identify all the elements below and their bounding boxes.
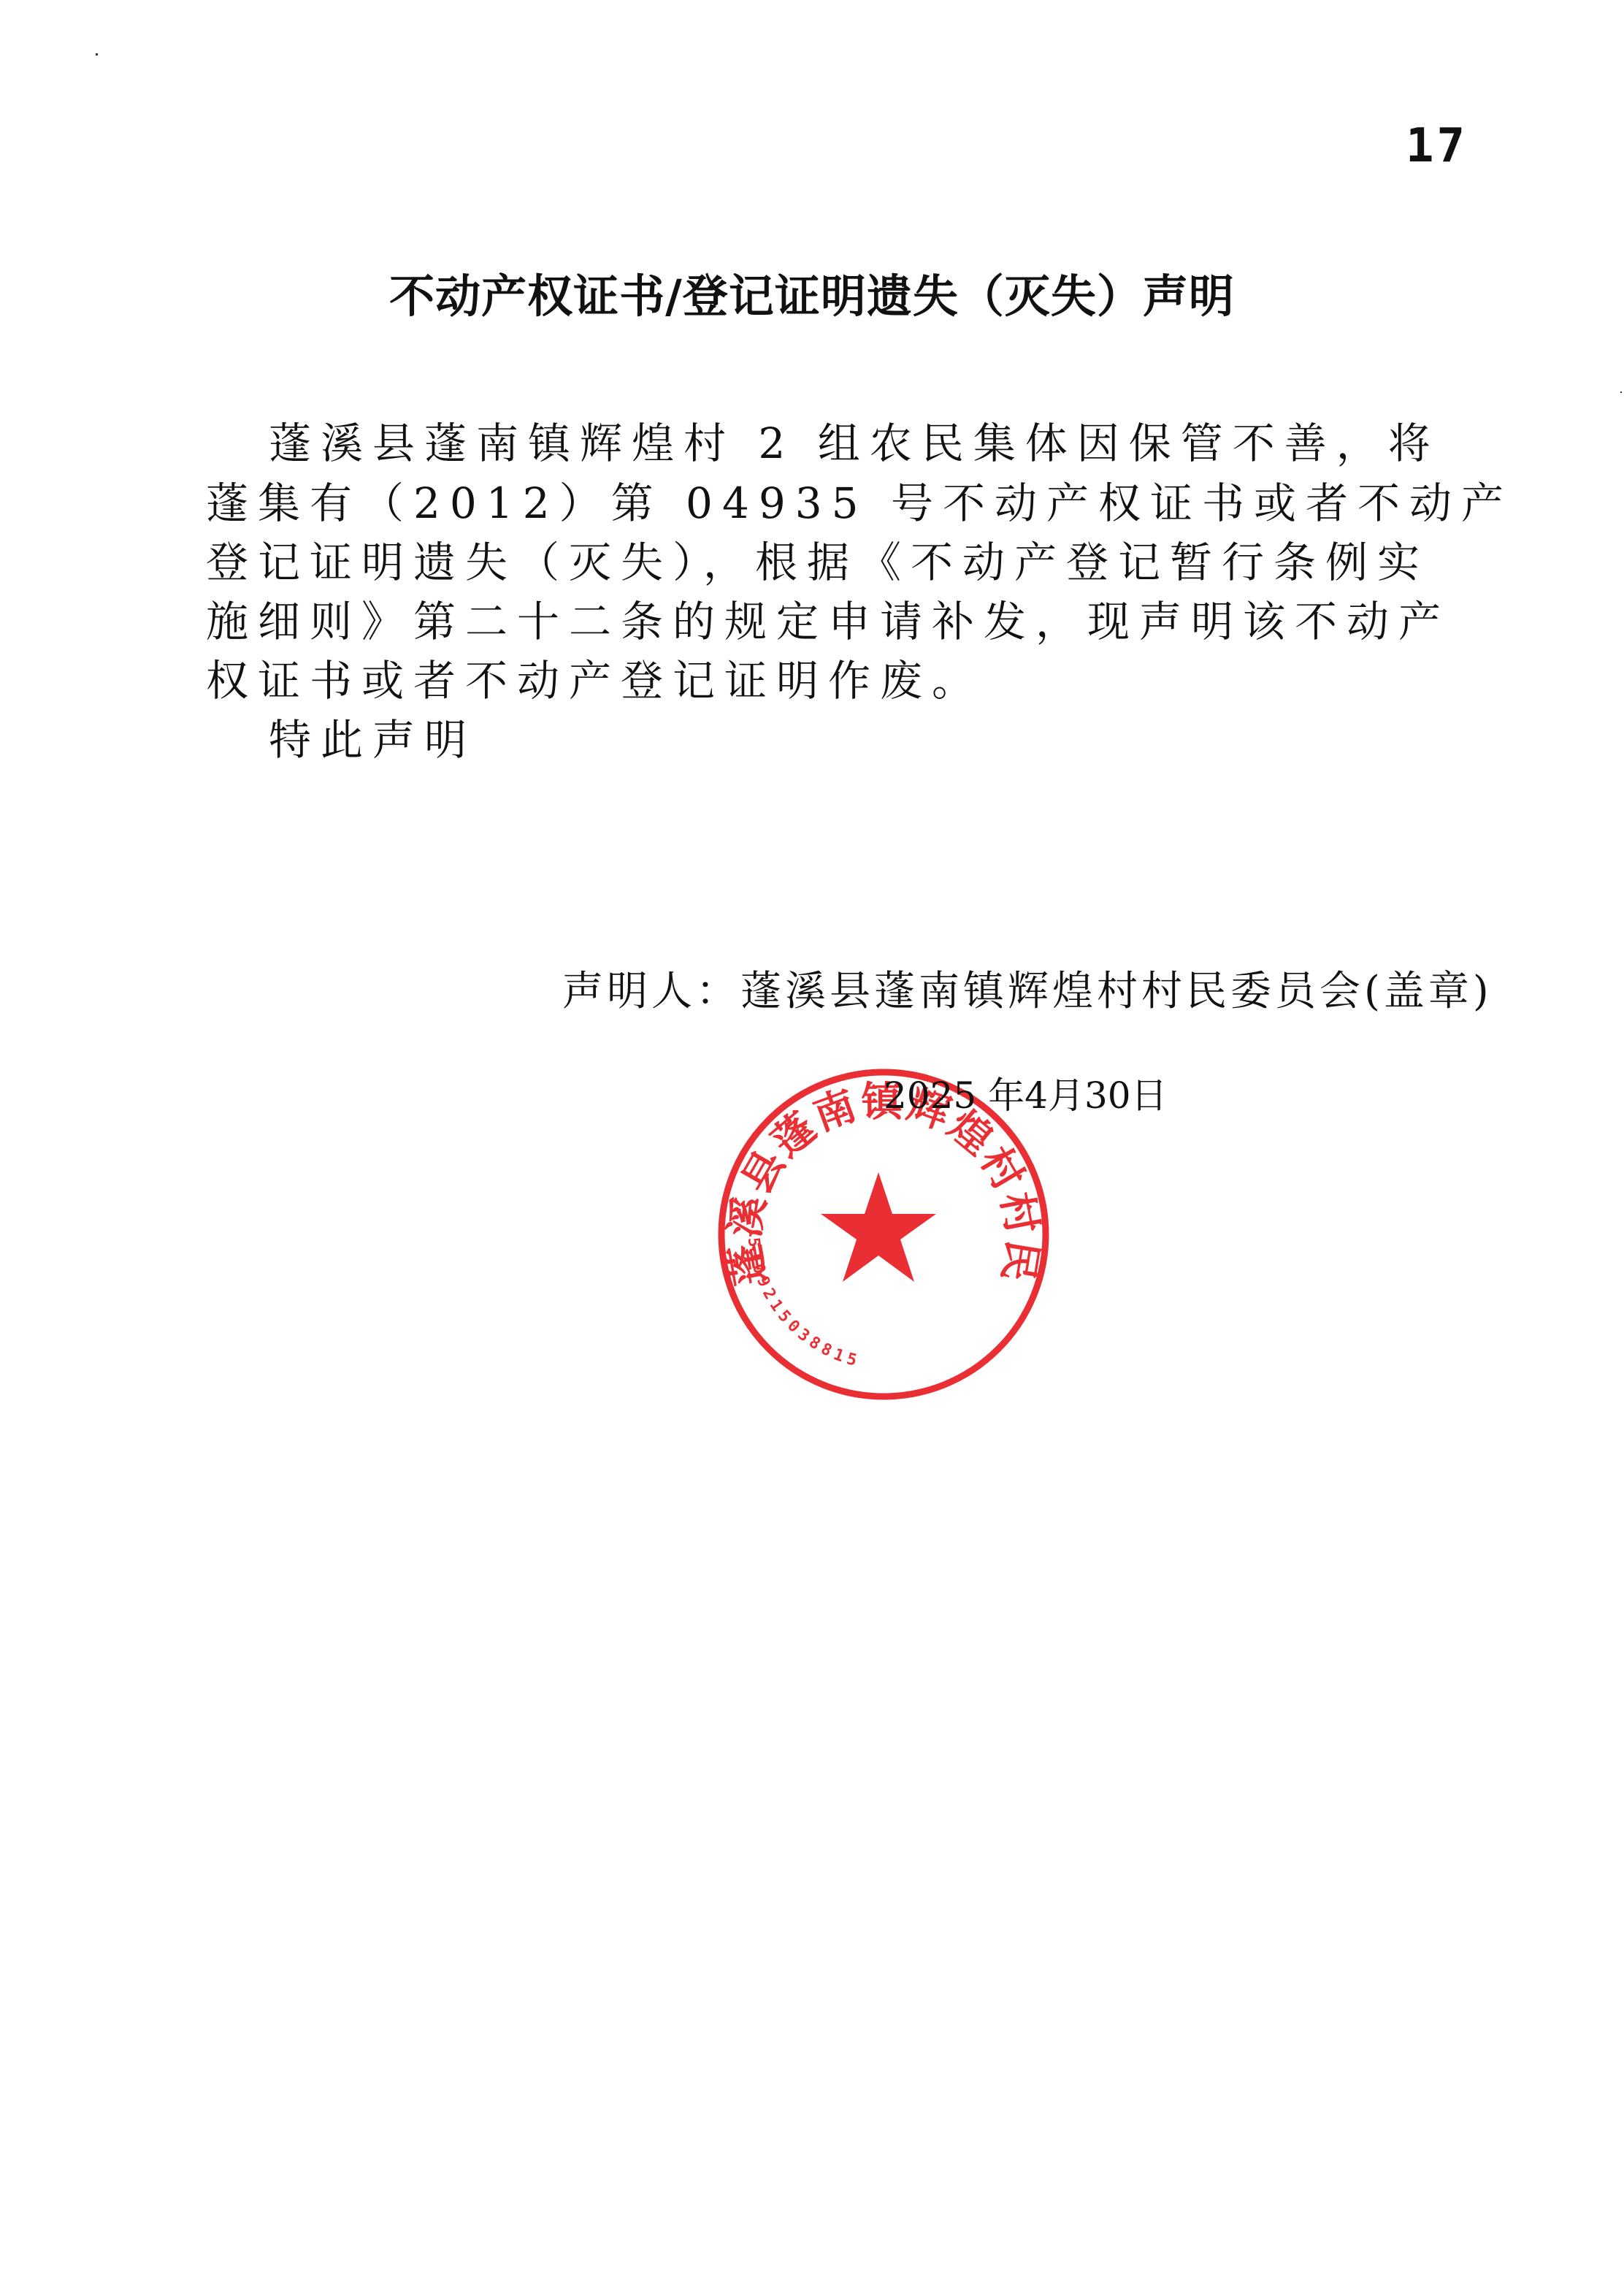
page-number: 17 <box>1406 123 1468 169</box>
seal-code: 5109215038815 <box>744 1237 863 1371</box>
scan-speck <box>1620 391 1622 393</box>
document-title: 不动产权证书/登记证明遗失（灭失）声明 <box>0 274 1624 319</box>
body-line-4: 施细则》第二十二条的规定申请补发，现声明该不动产 <box>206 600 1450 643</box>
star-icon <box>821 1172 936 1282</box>
declarant-signature: 声明人：蓬溪县蓬南镇辉煌村村民委员会(盖章) <box>562 971 1493 1012</box>
declaration-date: 2025 年4月30日 <box>884 1077 1168 1114</box>
body-line-3: 登记证明遗失（灭失），根据《不动产登记暂行条例实 <box>206 541 1429 584</box>
body-line-1: 蓬溪县蓬南镇辉煌村 2 组农民集体因保管不善，将 <box>269 422 1440 465</box>
scan-speck <box>96 53 98 56</box>
body-line-2: 蓬集有（2012）第 04935 号不动产权证书或者不动产 <box>206 482 1513 524</box>
closing-statement: 特此声明 <box>269 719 476 761</box>
body-line-5: 权证书或者不动产登记证明作废。 <box>206 660 984 702</box>
